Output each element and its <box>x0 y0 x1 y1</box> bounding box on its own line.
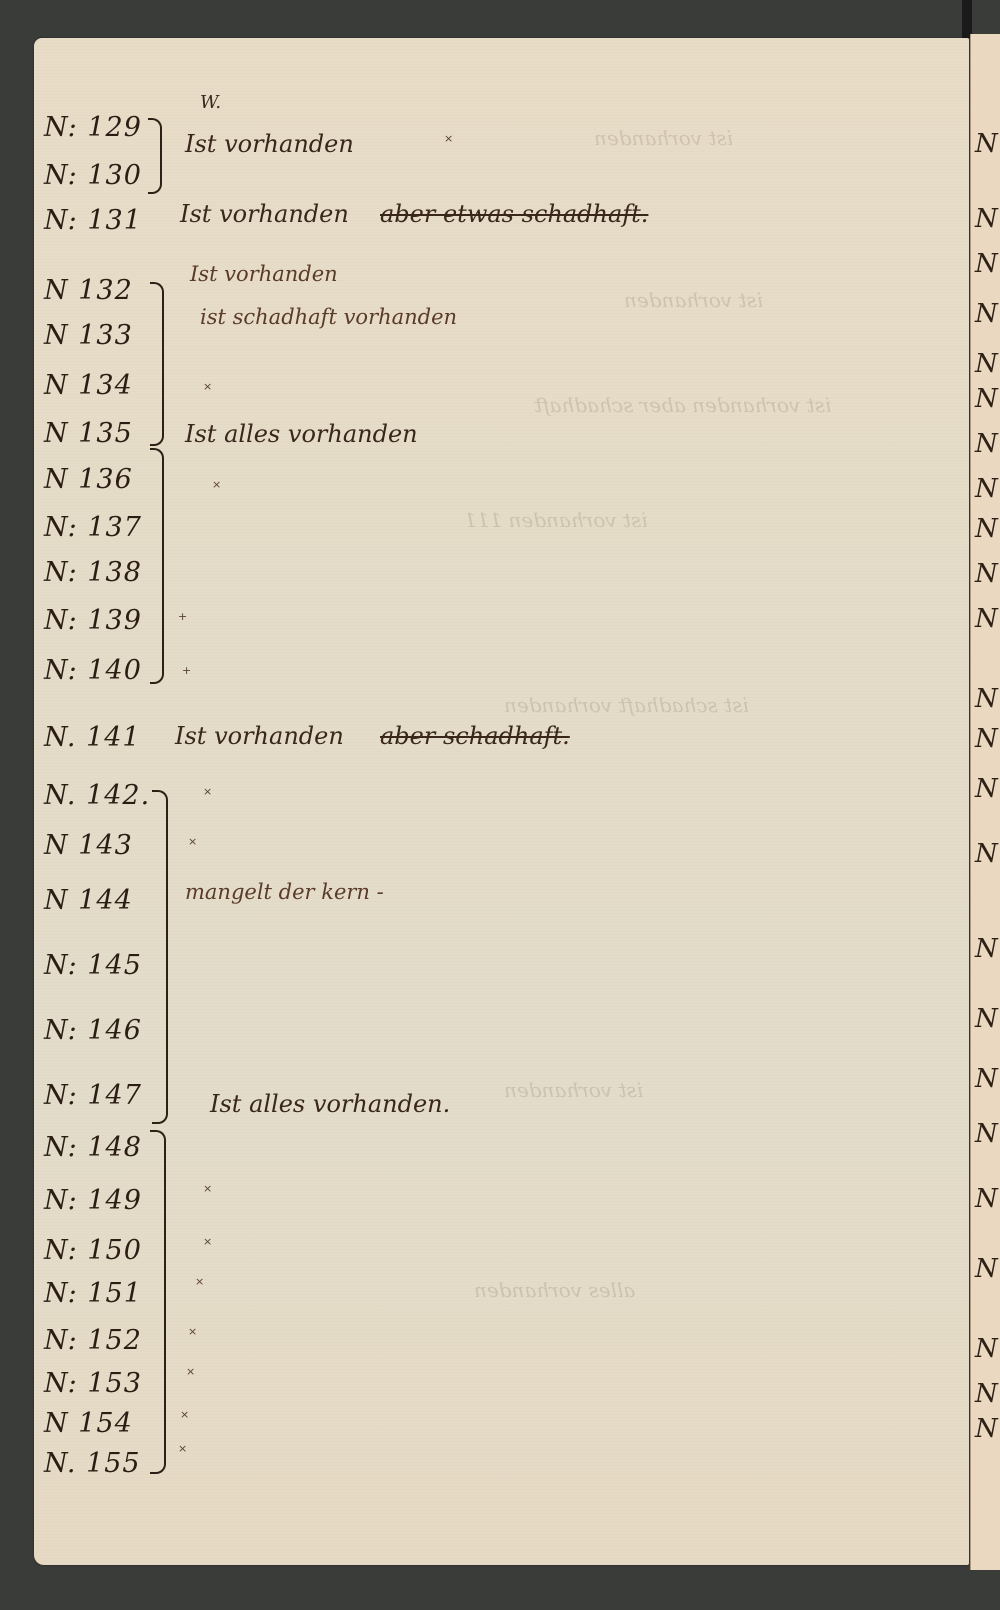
item-number: N: 131 <box>44 205 142 236</box>
adjacent-page-mark: N <box>975 1334 998 1364</box>
item-number: N: 145 <box>44 950 142 981</box>
item-number: N 143 <box>44 830 133 861</box>
entry-text: ist schadhaft vorhanden <box>200 305 457 329</box>
adjacent-page-mark: N <box>975 249 998 279</box>
item-number: N 136 <box>44 464 133 495</box>
entry-prefix: W. <box>200 92 221 113</box>
struck-text: aber etwas schadhaft. <box>380 200 648 228</box>
item-number: N. 155 <box>44 1448 141 1479</box>
check-mark: × <box>203 785 212 798</box>
entry-text: Ist vorhanden <box>190 262 338 286</box>
entry-text: Ist vorhanden <box>185 130 354 158</box>
item-number: N: 140 <box>44 655 142 686</box>
check-mark: × <box>203 1182 212 1195</box>
adjacent-page-mark: N <box>975 1119 998 1149</box>
adjacent-page-edge: N N N N N N N N N N N N N N N N N N N N … <box>970 34 1000 1570</box>
entry-text: Ist vorhanden <box>180 200 349 228</box>
check-mark: × <box>188 835 197 848</box>
item-number: N 133 <box>44 320 133 351</box>
bleed-through-text: ist vorhanden <box>624 288 763 312</box>
item-number: N 134 <box>44 370 133 401</box>
adjacent-page-mark: N <box>975 559 998 589</box>
adjacent-page-mark: N <box>975 129 998 159</box>
check-mark: + <box>178 610 187 623</box>
struck-text: aber schadhaft. <box>380 722 570 750</box>
check-mark: × <box>178 1442 187 1455</box>
adjacent-page-mark: N <box>975 1184 998 1214</box>
item-number: N 154 <box>44 1408 133 1439</box>
adjacent-page-mark: N <box>975 1379 998 1409</box>
check-mark: × <box>180 1408 189 1421</box>
adjacent-page-mark: N <box>975 384 998 414</box>
adjacent-page-mark: N <box>975 1254 998 1284</box>
grouping-brace <box>152 790 168 1124</box>
entry-text: Ist vorhanden <box>175 722 344 750</box>
bleed-through-text: ist schadhaft vorhanden <box>504 693 749 717</box>
item-number: N: 151 <box>44 1278 142 1309</box>
bleed-through-text: ist vorhanden 111 <box>464 508 648 532</box>
grouping-brace <box>150 282 164 446</box>
adjacent-page-mark: N <box>975 514 998 544</box>
adjacent-page-mark: N <box>975 724 998 754</box>
item-number: N: 150 <box>44 1235 142 1266</box>
adjacent-page-mark: N <box>975 774 998 804</box>
bleed-through-text: ist vorhanden <box>594 126 733 150</box>
check-mark: × <box>212 478 221 491</box>
check-mark: + <box>182 664 191 677</box>
check-mark: × <box>444 132 453 145</box>
adjacent-page-mark: N <box>975 474 998 504</box>
item-number: N. 142. <box>44 780 150 811</box>
entry-text: Ist alles vorhanden. <box>210 1090 450 1118</box>
bleed-through-text: ist vorhanden <box>504 1078 643 1102</box>
check-mark: × <box>195 1275 204 1288</box>
item-number: N: 149 <box>44 1185 142 1216</box>
adjacent-page-mark: N <box>975 839 998 869</box>
adjacent-page-mark: N <box>975 604 998 634</box>
item-number: N: 139 <box>44 605 142 636</box>
adjacent-page-mark: N <box>975 299 998 329</box>
grouping-brace <box>150 1130 166 1474</box>
adjacent-page-mark: N <box>975 934 998 964</box>
item-number: N: 129 <box>44 112 142 143</box>
adjacent-page-mark: N <box>975 1414 998 1444</box>
grouping-brace <box>148 118 162 194</box>
grouping-brace <box>150 448 164 684</box>
adjacent-page-mark: N <box>975 1064 998 1094</box>
item-number: N 135 <box>44 418 133 449</box>
item-number: N: 153 <box>44 1368 142 1399</box>
adjacent-page-mark: N <box>975 349 998 379</box>
item-number: N. 141 <box>44 722 141 753</box>
check-mark: × <box>203 1235 212 1248</box>
item-number: N: 148 <box>44 1132 142 1163</box>
entry-text: mangelt der kern - <box>185 880 384 904</box>
item-number: N: 146 <box>44 1015 142 1046</box>
check-mark: × <box>188 1325 197 1338</box>
scanned-manuscript: ist vorhanden ist vorhanden ist vorhande… <box>0 0 1000 1610</box>
adjacent-page-mark: N <box>975 1004 998 1034</box>
item-number: N: 130 <box>44 160 142 191</box>
check-mark: × <box>186 1365 195 1378</box>
adjacent-page-mark: N <box>975 204 998 234</box>
item-number: N: 138 <box>44 557 142 588</box>
item-number: N: 152 <box>44 1325 142 1356</box>
bleed-through-text: ist vorhanden aber schadhaft <box>534 393 831 417</box>
adjacent-page-mark: N <box>975 429 998 459</box>
manuscript-page: ist vorhanden ist vorhanden ist vorhande… <box>34 38 969 1565</box>
entry-text: Ist alles vorhanden <box>185 420 418 448</box>
check-mark: × <box>203 380 212 393</box>
binding-gap <box>962 0 972 38</box>
bleed-through-text: alles vorhanden <box>474 1278 635 1302</box>
item-number: N: 147 <box>44 1080 142 1111</box>
item-number: N 132 <box>44 275 133 306</box>
adjacent-page-mark: N <box>975 684 998 714</box>
item-number: N: 137 <box>44 512 142 543</box>
item-number: N 144 <box>44 885 133 916</box>
